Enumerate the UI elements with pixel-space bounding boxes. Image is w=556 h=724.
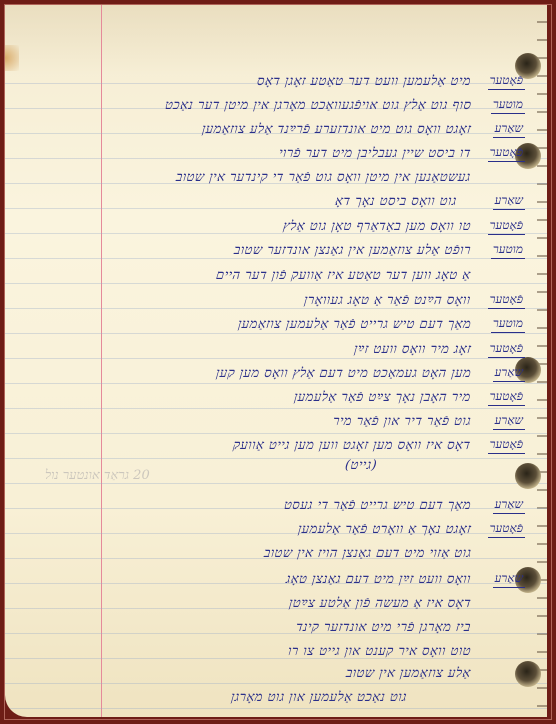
ruled-line xyxy=(5,708,547,709)
ruled-line xyxy=(5,208,547,209)
ruled-line xyxy=(5,283,547,284)
speaker-name: פֿאָטער xyxy=(488,145,525,162)
dialogue-line: דו ביסט שיין געבליבן מיט דער פֿרוי xyxy=(278,145,472,161)
dialogue-line: טו וואָס מען באַדאַרף טאָן גוט אַלץ xyxy=(282,218,472,234)
dialogue-line: (גייט) xyxy=(344,457,378,473)
ruled-line xyxy=(5,683,547,684)
speaker-name: שאַרע xyxy=(493,121,525,138)
dialogue-line: טוט וואָס איר קענט און גייט צו רו xyxy=(287,643,472,659)
speaker-name: פֿאָטער xyxy=(488,341,525,358)
dialogue-line: זאָג מיר וואָס וועט זײַן xyxy=(353,341,472,357)
speaker-name: פֿאָטער xyxy=(488,292,525,309)
ruled-line xyxy=(5,358,547,359)
dialogue-line: ביז מאָרגן פֿרי מיט אונדזער קינד xyxy=(295,619,471,635)
ruled-line xyxy=(5,458,547,459)
ruled-line xyxy=(5,308,547,309)
dialogue-line: זאָגט וואָס גוט מיט אונדזערע פֿרײַנד אַל… xyxy=(201,121,472,137)
speaker-name: פֿאָטער xyxy=(488,437,525,454)
ruled-line xyxy=(5,258,547,259)
speaker-name: שאַרע xyxy=(493,497,525,514)
dialogue-line: זאָגט נאָך אַ וואָרט פֿאַר אַלעמען xyxy=(297,521,472,537)
dialogue-line: גוט אַזוי מיט דעם גאַנצן הויז אין שטוב xyxy=(263,545,472,561)
dialogue-line: מיט אַלעמען וועט דער טאַטע זאָגן דאָס xyxy=(256,73,472,89)
dialogue-line: סוף גוט אַלץ גוט אויפֿגעוואַכט מאָרגן אי… xyxy=(164,97,472,113)
punch-hole xyxy=(515,661,541,687)
paper-stain xyxy=(5,45,19,71)
speaker-name: שאַרע xyxy=(493,193,525,210)
dialogue-line: מיר האָבן נאָך צײַט פֿאַר אַלעמען xyxy=(293,389,471,405)
dialogue-line: דאָס איז אַ מעשה פֿון אַלטע צײַטן xyxy=(288,595,472,611)
speaker-name: פֿאָטער xyxy=(488,218,525,235)
dialogue-line: אַלע צוזאַמען אין שטוב xyxy=(345,665,471,681)
dialogue-line: מאַך דעם טיש גרייט פֿאַר די געסט xyxy=(283,497,472,513)
dialogue-line: געשטאַנען אין מיטן וואָס גוט פֿאַר די קי… xyxy=(176,169,472,185)
speaker-name: מוטער xyxy=(491,242,525,259)
speaker-name: שאַרע xyxy=(493,413,525,430)
ruled-line xyxy=(5,383,547,384)
speaker-name: פֿאָטער xyxy=(488,389,525,406)
dialogue-line: גוט נאַכט אַלעמען און גוט מאָרגן xyxy=(230,689,408,705)
dialogue-line: אַ טאָג ווען דער טאַטע איז אַוועק פֿון ד… xyxy=(216,267,472,283)
speaker-name: שאַרע xyxy=(493,365,525,382)
perforated-edge xyxy=(537,5,547,717)
dialogue-line: מאַך דעם טיש גרייט פֿאַר אַלעמען צוזאַמע… xyxy=(237,316,472,332)
speaker-name: פֿאָטער xyxy=(488,73,525,90)
speaker-name: שאַרע xyxy=(493,571,525,588)
ruled-line xyxy=(5,483,547,484)
speaker-name: מוטער xyxy=(491,97,525,114)
dialogue-line: רופֿט אַלע צוזאַמען אין גאַנצן אונדזער ש… xyxy=(233,242,472,258)
punch-hole xyxy=(515,463,541,489)
notebook-page: 20 גראַד אונטער נול פֿאָטערמיט אַלעמען ו… xyxy=(5,5,547,717)
speaker-name: פֿאָטער xyxy=(488,521,525,538)
ruled-line xyxy=(5,333,547,334)
dialogue-line: מען האָט געמאַכט מיט דעם אַלץ וואָס מען … xyxy=(215,365,472,381)
ruled-line xyxy=(5,408,547,409)
dialogue-line: דאָס איז וואָס מען זאָגט ווען מען גייט א… xyxy=(233,437,472,453)
dialogue-line: גוט פֿאַר דיר און פֿאַר מיר xyxy=(332,413,472,429)
dialogue-line: וואָס הײַנט פֿאַר אַ טאָג געוואָרן xyxy=(304,292,472,308)
dialogue-line: וואָס וועט זײַן מיט דעם גאַנצן טאָג xyxy=(285,571,472,587)
margin-line xyxy=(101,5,102,717)
speaker-name: מוטער xyxy=(491,316,525,333)
bleed-through-text: 20 גראַד אונטער נול xyxy=(45,467,150,483)
dialogue-line: גוט וואָס ביסט נאָך דאָ xyxy=(334,193,457,209)
ruled-line xyxy=(5,433,547,434)
